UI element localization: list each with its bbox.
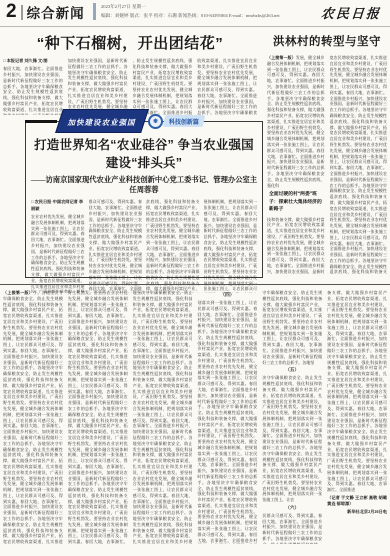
text-column: □ 农民日报·中国农网记者 李丽颖农业农村优先发展，健全城乡融合发展体制机制，把… [31, 199, 85, 293]
text-column: 群众可感可及、得到实惠。春回大地，农事渐忙。全面推进乡村振兴，加快建设农业强国，… [89, 199, 143, 293]
text-column: 贫底线，强化科技和装备支撑，做大做强乡村富民产业，拓宽农民增收致富渠道，扎实推进… [146, 199, 200, 293]
top-right-headline: 洪林村的转型与坚守 [267, 33, 387, 49]
body-text: 、防止发生规模性返贫底线，强化科技和装备支撑，做大做强乡村富民产业，拓宽农民增收… [133, 58, 193, 115]
text-column: （上接第一版）手。各地坚决守牢确保粮食安全、防止发生规模性返贫底线，强化科技和装… [3, 290, 63, 544]
body-text: 展体制机制，把规划落实到一张张施工图上，让农民群众可感可及、得到实惠。春回大地，… [204, 199, 258, 293]
text-column: □ 本报记者 刘久锋 文/图春回大地，农事渐忙。全面推进乡村振兴，加快建设农业强… [3, 58, 63, 115]
campaign-series-tag: 科技创新篇 [163, 115, 206, 127]
body-text: （上接第一版）手。各地坚决守牢确保粮食安全、防止发生规模性返贫底线，强化科技和装… [3, 290, 63, 544]
newspaper-page: 2 综合新闻 2023年2月27日 星期一 编辑：刘婉婷 版式：张平 校对：石珊… [0, 0, 390, 556]
byline: □ 本报记者 刘久锋 文/图 [3, 58, 63, 64]
top-left-columns: □ 本报记者 刘久锋 文/图春回大地，农事渐忙。全面推进乡村振兴，加快建设农业强… [3, 58, 257, 115]
section-divider-rule [0, 284, 390, 285]
page-number: 2 [6, 2, 17, 22]
body-text: 野生机勃发。要坚持农业农村优先发展，健全城乡融合发展体制机制，把规划落实到一张张… [68, 290, 128, 544]
campaign-emblem-icon: ❋ [148, 114, 163, 129]
header-left: 2 综合新闻 [6, 2, 85, 22]
header-divider-bar [21, 5, 23, 20]
section-marker: （四） [197, 292, 257, 298]
campaign-series-tag-label: 科技创新篇 [169, 117, 199, 126]
body-text: 划落实到一张张施工图上，让农民群众可感可及、得到实惠。春回大地，农事渐忙。全面推… [197, 300, 257, 544]
body-text: 收致富渠道，扎实推进宜居宜业和美乡村建设，广袤田野生机勃发。要坚持农业农村优先发… [197, 58, 257, 115]
text-column: 加快建设农业强国，是新时代新征程做好三农工作的总抓手。各地坚决守牢确保粮食安全、… [68, 58, 128, 115]
body-text: 民群众可感可及、得到实惠。春回大地，农事渐忙。全面推进乡村振兴，加快建设农业强国… [262, 513, 322, 544]
article-top-right: 洪林村的转型与坚守 （上接第一版）发展，健全城乡融合发展体制机制，把规划落实到一… [267, 29, 387, 275]
body-text: 贫底线，强化科技和装备支撑，做大做强乡村富民产业，拓宽农民增收致富渠道，扎实推进… [146, 199, 200, 293]
article-feature-box: 加快建设农业强国 ❋ 科技创新篇 打造世界知名“农业硅谷” 争当农业强国建设“排… [25, 121, 263, 278]
text-column: （上接第一版）发展，健全城乡融合发展体制机制，把规划落实到一张张施工图上，让农民… [267, 55, 325, 275]
body-text: 春回大地，农事渐忙。全面推进乡村振兴，加快建设农业强国，是新时代新征程做好三农工… [3, 66, 63, 115]
staff-line: 编辑：刘婉婷 版式：张平 校对：石珊 新闻热线：010-84395004 E-m… [101, 12, 280, 21]
text-column: 展体制机制，把规划落实到一张张施工图上，让农民群众可感可及、得到实惠。春回大地，… [204, 199, 258, 293]
text-column: 备支撑，做大做强乡村富民产业，拓宽农民增收致富渠道，扎实推进宜居宜业和美乡村建设… [327, 290, 387, 544]
text-column: （四）划落实到一张张施工图上，让农民群众可感可及、得到实惠。春回大地，农事渐忙。… [197, 290, 257, 544]
text-column: 守牢确保粮食安全、防止发生规模性返贫底线，强化科技和装备支撑，做大做强乡村富民产… [262, 290, 322, 544]
article-top-left: “种下石榴树，开出团结花” □ 本报记者 刘久锋 文/图春回大地，农事渐忙。全面… [3, 29, 257, 115]
issue-meta: 2023年2月27日 星期一 编辑：刘婉婷 版式：张平 校对：石珊 新闻热线：0… [93, 3, 280, 20]
body-text: 加快建设农业强国，是新时代新征程做好三农工作的总抓手。各地坚决守牢确保粮食安全、… [68, 58, 128, 115]
text-column: 宽农民增收致富渠道，扎实推进宜居宜业和美乡村建设，广袤田野生机勃发。要坚持农业农… [330, 55, 388, 275]
column-subhead: 全面过硬的村“两委”班子：探索壮大集体经济的新路子 [269, 191, 325, 213]
top-right-columns: （上接第一版）发展，健全城乡融合发展体制机制，把规划落实到一张张施工图上，让农民… [267, 55, 387, 275]
body-text: 群众可感可及、得到实惠。春回大地，农事渐忙。全面推进乡村振兴，加快建设农业强国，… [89, 199, 143, 293]
body-text: （上接第一版）发展，健全城乡融合发展体制机制，把规划落实到一张张施工图上，让农民… [267, 55, 325, 188]
text-column: 收致富渠道，扎实推进宜居宜业和美乡村建设，广袤田野生机勃发。要坚持农业农村优先发… [197, 58, 257, 115]
body-text: 地坚决守牢确保粮食安全、防止发生规模性返贫底线，强化科技和装备支撑，做大做强乡村… [133, 290, 193, 544]
feature-rule-thick [25, 120, 57, 123]
body-text: 备支撑，做大做强乡村富民产业，拓宽农民增收致富渠道，扎实推进宜居宜业和美乡村建设… [327, 290, 387, 493]
body-text: 决守牢确保粮食安全、防止发生规模性返贫底线，强化科技和装备支撑，做大做强乡村富民… [262, 375, 322, 503]
campaign-banner: 加快建设农业强国 [55, 109, 149, 133]
text-column: 野生机勃发。要坚持农业农村优先发展，健全城乡融合发展体制机制，把规划落实到一张张… [68, 290, 128, 544]
feature-columns: □ 农民日报·中国农网记者 李丽颖农业农村优先发展，健全城乡融合发展体制机制，把… [31, 199, 257, 293]
jump-lead: （上接第一版） [3, 290, 33, 295]
text-column: 、防止发生规模性返贫底线，强化科技和装备支撑，做大做强乡村富民产业，拓宽农民增收… [133, 58, 193, 115]
header-rule [0, 26, 390, 27]
body-text: 技和装备支撑，做大做强乡村富民产业，拓宽农民增收致富渠道，扎实推进宜居宜业和美乡… [267, 217, 325, 275]
credit-line: （记者 于文静 王立彬 高敬 胡璐 黄垚 郁琼源） [327, 495, 387, 507]
campaign-banner-label: 加快建设农业强国 [68, 117, 136, 128]
byline: □ 农民日报·中国农网记者 李丽颖 [31, 199, 85, 212]
body-text: 宽农民增收致富渠道，扎实推进宜居宜业和美乡村建设，广袤田野生机勃发。要坚持农业农… [330, 55, 388, 275]
section-marker: （六） [262, 505, 322, 511]
section-title: 综合新闻 [27, 2, 85, 22]
masthead-logo: 农民日报 [320, 3, 381, 22]
page-header: 2 综合新闻 2023年2月27日 星期一 编辑：刘婉婷 版式：张平 校对：石珊… [0, 0, 390, 26]
feature-badge: 加快建设农业强国 ❋ 科技创新篇 [59, 111, 204, 131]
agency-dateline: 新华社北京2月26日电 [327, 509, 387, 515]
issue-dateline: 2023年2月27日 星期一 [101, 3, 280, 12]
bottom-columns: （上接第一版）手。各地坚决守牢确保粮食安全、防止发生规模性返贫底线，强化科技和装… [3, 290, 387, 544]
jump-lead: （上接第一版） [267, 55, 296, 60]
feature-subhead: ——访南京国家现代农业产业科技创新中心党工委书记、管理办公室主任周蓉蓉 [30, 175, 258, 195]
top-left-headline: “种下石榴树，开出团结花” [3, 32, 257, 53]
feature-headline: 打造世界知名“农业硅谷” 争当农业强国建设“排头兵” [28, 135, 260, 171]
section-marker: （五） [262, 367, 322, 373]
text-column: 地坚决守牢确保粮食安全、防止发生规模性返贫底线，强化科技和装备支撑，做大做强乡村… [133, 290, 193, 544]
body-text: 农业农村优先发展，健全城乡融合发展体制机制，把规划落实到一张张施工图上，让农民群… [31, 214, 85, 293]
body-text: 守牢确保粮食安全、防止发生规模性返贫底线，强化科技和装备支撑，做大做强乡村富民产… [262, 290, 322, 365]
article-bottom: （上接第一版）手。各地坚决守牢确保粮食安全、防止发生规模性返贫底线，强化科技和装… [3, 290, 387, 544]
